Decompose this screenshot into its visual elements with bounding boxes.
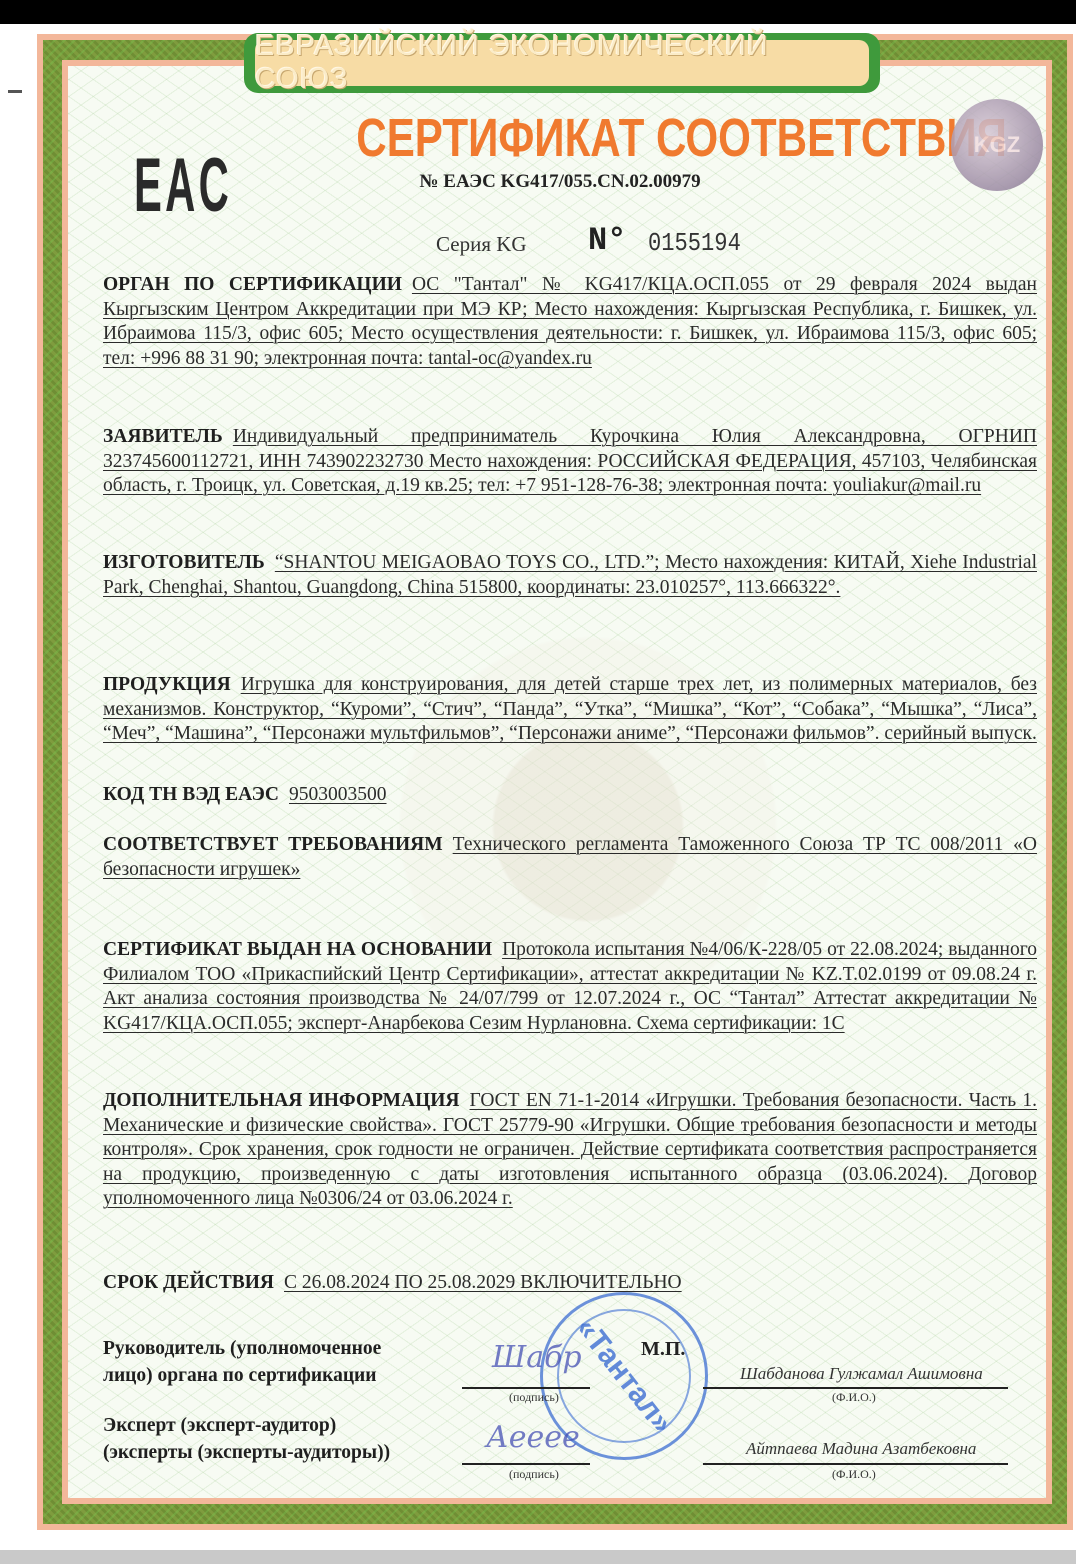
section-label: ЗАЯВИТЕЛЬ xyxy=(103,426,223,447)
document-title: СЕРТИФИКАТ СООТВЕТСТВИЯ xyxy=(356,108,769,168)
seal-place-label: М.П. xyxy=(641,1338,685,1361)
name-caption: (Ф.И.О.) xyxy=(832,1390,876,1405)
section-label: СЕРТИФИКАТ ВЫДАН НА ОСНОВАНИИ xyxy=(103,939,492,960)
label-line: Эксперт (эксперт-аудитор) xyxy=(103,1412,390,1439)
label-line: (эксперты (эксперты-аудиторы)) xyxy=(103,1439,390,1466)
expert-signatory-name: Айтпаева Мадина Азатбековна xyxy=(746,1439,976,1459)
signature-caption: (подпись) xyxy=(509,1390,559,1405)
series-label: Серия KG xyxy=(436,232,527,257)
head-signature-line xyxy=(462,1387,590,1389)
expert-signature-icon: Аееее xyxy=(486,1420,580,1455)
number-sign: N° xyxy=(588,222,626,259)
section-label: КОД ТН ВЭД ЕАЭС xyxy=(103,784,279,805)
union-banner: ЕВРАЗИЙСКИЙ ЭКОНОМИЧЕСКИЙ СОЮЗ xyxy=(255,40,869,86)
name-caption: (Ф.И.О.) xyxy=(832,1467,876,1482)
section-basis: СЕРТИФИКАТ ВЫДАН НА ОСНОВАНИИПротокола и… xyxy=(103,938,1037,1036)
section-manufacturer: ИЗГОТОВИТЕЛЬ“SHANTOU MEIGAOBAO TOYS CO.,… xyxy=(103,551,1037,600)
head-signatory-name: Шабданова Гулжамал Ашимовна xyxy=(740,1364,983,1384)
section-value: 9503003500 xyxy=(289,784,387,805)
top-bar xyxy=(0,0,1076,24)
head-name-line xyxy=(703,1387,1008,1389)
section-label: ОРГАН ПО СЕРТИФИКАЦИИ xyxy=(103,274,402,295)
section-certification-body: ОРГАН ПО СЕРТИФИКАЦИИОС "Тантал" № KG417… xyxy=(103,273,1037,371)
head-signatory-label: Руководитель (уполномоченное лицо) орган… xyxy=(103,1335,381,1389)
section-value: Индивидуальный предприниматель Курочкина… xyxy=(103,426,1037,496)
signature-caption: (подпись) xyxy=(509,1467,559,1482)
scan-mark xyxy=(8,90,22,93)
section-label: ИЗГОТОВИТЕЛЬ xyxy=(103,552,265,573)
label-line: лицо) органа по сертификации xyxy=(103,1362,381,1389)
section-product: ПРОДУКЦИЯИгрушка для конструирования, дл… xyxy=(103,673,1037,747)
section-hs-code: КОД ТН ВЭД ЕАЭС9503003500 xyxy=(103,783,1037,808)
expert-name-line xyxy=(703,1463,1008,1465)
section-label: СООТВЕТСТВУЕТ ТРЕБОВАНИЯМ xyxy=(103,834,443,855)
eac-logo-icon: EAC xyxy=(134,148,232,224)
title-wrap: СЕРТИФИКАТ СООТВЕТСТВИЯ xyxy=(298,108,828,168)
section-label: ПРОДУКЦИЯ xyxy=(103,674,231,695)
section-additional-info: ДОПОЛНИТЕЛЬНАЯ ИНФОРМАЦИЯГОСТ EN 71-1-20… xyxy=(103,1089,1037,1212)
bottom-bar xyxy=(0,1550,1076,1564)
section-value: Игрушка для конструирования, для детей с… xyxy=(103,674,1037,744)
section-label: ДОПОЛНИТЕЛЬНАЯ ИНФОРМАЦИЯ xyxy=(103,1090,460,1111)
hologram-sticker-icon: KGZ xyxy=(951,99,1043,191)
hologram-label: KGZ xyxy=(974,132,1020,158)
expert-signatory-label: Эксперт (эксперт-аудитор) (эксперты (экс… xyxy=(103,1412,390,1466)
expert-signature-line xyxy=(462,1463,590,1465)
certificate-number: № ЕАЭС KG417/055.CN.02.00979 xyxy=(300,171,820,193)
section-requirements: СООТВЕТСТВУЕТ ТРЕБОВАНИЯМТехнического ре… xyxy=(103,833,1037,882)
union-banner-text: ЕВРАЗИЙСКИЙ ЭКОНОМИЧЕСКИЙ СОЮЗ xyxy=(255,30,869,96)
section-applicant: ЗАЯВИТЕЛЬИндивидуальный предприниматель … xyxy=(103,425,1037,499)
head-signature-icon: Шабр xyxy=(492,1340,582,1375)
blank-number: 0155194 xyxy=(648,228,741,258)
section-validity: СРОК ДЕЙСТВИЯС 26.08.2024 ПО 25.08.2029 … xyxy=(103,1271,1037,1296)
label-line: Руководитель (уполномоченное xyxy=(103,1335,381,1362)
section-label: СРОК ДЕЙСТВИЯ xyxy=(103,1272,274,1293)
